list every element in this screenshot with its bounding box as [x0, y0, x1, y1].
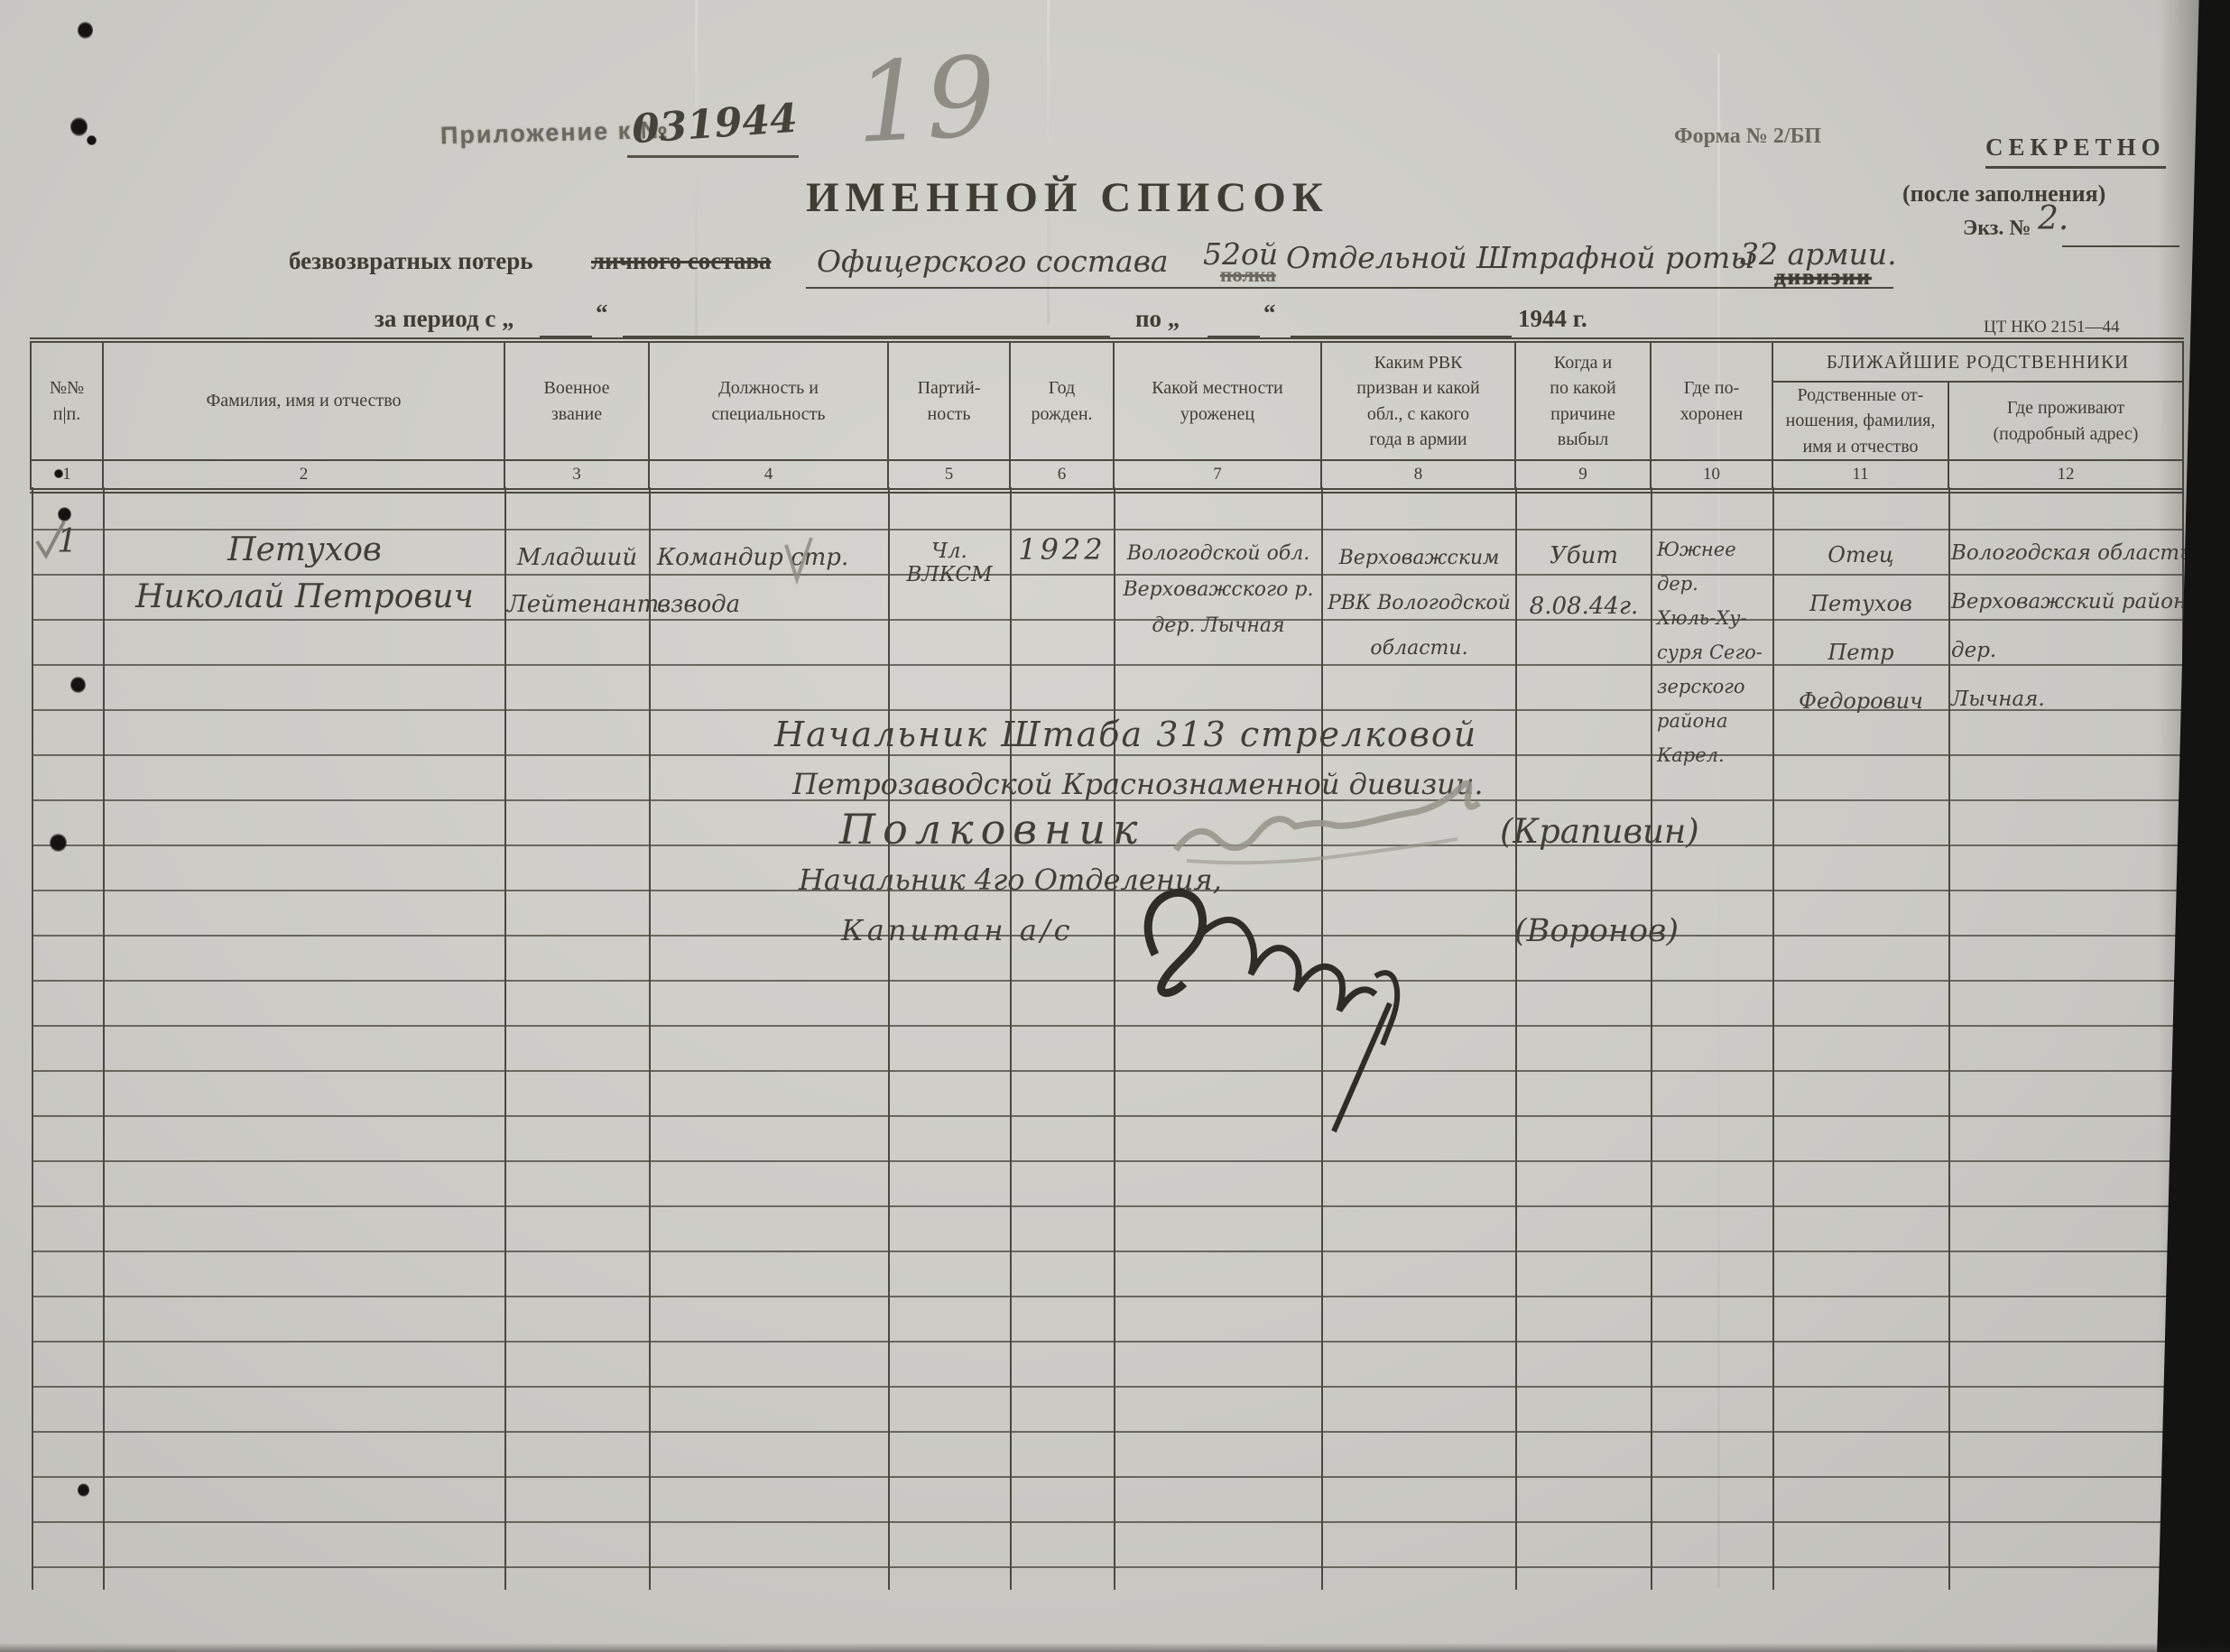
classification-label: СЕКРЕТНО [1985, 134, 2166, 169]
entry-casualty: Убит 8.08.44г. [1518, 531, 1650, 632]
col-header-7: Какой местности уроженец [1115, 375, 1320, 427]
col-number-6: 6 [1011, 465, 1113, 485]
paper-hole [50, 834, 67, 852]
col-header-6: Год рожден. [1011, 375, 1113, 427]
period-quote-2: “ [1263, 300, 1276, 328]
table-header: №№ п|п. Фамилия, имя и отчество Военное … [30, 337, 2184, 494]
col-header-5: Партий- ность [889, 375, 1009, 427]
entry-rank: Младший Лейтенант. [507, 534, 647, 628]
copy-number: 2. [2038, 200, 2068, 237]
signature-line-1: Начальник Штаба 313 стрелковой [774, 715, 1477, 754]
after-fill-note: (после заполнения) [1902, 180, 2105, 208]
column-border [1948, 487, 1950, 1590]
subtitle-printed: безвозвратных потерь [289, 247, 533, 275]
print-code: ЦТ НКО 2151—44 [1984, 318, 2119, 337]
column-border [649, 487, 651, 1590]
paper-hole [87, 135, 97, 145]
copy-label: Экз. № [1963, 217, 2031, 241]
col-number-11: 11 [1773, 465, 1948, 485]
col-number-2: 2 [104, 465, 504, 485]
entry-name: Петухов Николай Петрович [108, 527, 501, 621]
col-header-10: Где по- хоронен [1652, 375, 1772, 427]
signature-name-1: (Крапивин) [1500, 812, 1699, 851]
col-number-12: 12 [1949, 465, 2182, 485]
column-border [103, 487, 105, 1590]
period-prefix: за период с „ [375, 305, 514, 333]
scan-edge-bottom [0, 1643, 2230, 1652]
signature-rank-2: Капитан а/с [841, 913, 1074, 947]
col-header-11: Родственные от- ношения, фамилия, имя и … [1773, 383, 1948, 459]
col-number-10: 10 [1652, 465, 1772, 485]
paper-hole [70, 117, 88, 136]
col-header-8: Каким РВК призван и какой обл., с какого… [1322, 350, 1514, 453]
paper-hole [78, 1483, 89, 1497]
attachment-stamp-underline [627, 155, 799, 158]
ink-signature-scribble [1108, 868, 1469, 1139]
column-border [888, 487, 890, 1590]
column-border [32, 487, 33, 1590]
pencil-check-mark [781, 532, 817, 586]
entry-position: Командир стр. взвода [652, 534, 892, 628]
subtitle-struck-text: личного состава [591, 247, 771, 275]
form-number-label: Форма № 2/БП [1674, 125, 1821, 149]
pencil-check-mark [33, 518, 69, 563]
period-po: по „ [1135, 305, 1180, 333]
column-border [1651, 487, 1652, 1590]
col-number-9: 9 [1516, 465, 1650, 485]
subtitle-struck-division: дивизии [1774, 265, 1872, 291]
col-number-3: 3 [505, 465, 648, 485]
subtitle-handwritten-unit-3: Отдельной Штрафной роты [1286, 240, 1754, 275]
entry-drafted-by: Верховажским РВК Вологодской области. [1324, 536, 1514, 671]
attachment-stamp-number: 031944 [630, 96, 799, 153]
paper-hole [70, 677, 86, 693]
col-number-1: 1 [32, 465, 102, 485]
col-number-5: 5 [889, 465, 1009, 485]
relatives-group-header: БЛИЖАЙШИЕ РОДСТВЕННИКИ [1773, 351, 2182, 374]
entry-party: Чл. ВЛКСМ [890, 540, 1009, 586]
entry-burial-place: Южнее дер. Хюль-Ху- суря Сего- зерского … [1653, 532, 1775, 772]
col-header-4: Должность и специальность [650, 375, 887, 427]
col-header-9: Когда и по какой причине выбыл [1516, 350, 1650, 453]
subtitle-write-line [806, 287, 1893, 289]
document-page: Приложение к № 031944 19 Форма № 2/БП СЕ… [0, 0, 2230, 1652]
signature-rank-1: Полковник [839, 805, 1144, 854]
col-header-12: Где проживают (подробный адрес) [1949, 395, 2182, 447]
entry-birthplace: Вологодской обл. Верховажского р. дер. Л… [1116, 536, 1320, 644]
page-title: ИМЕННОЙ СПИСОК [806, 173, 1329, 222]
paper-hole [78, 22, 93, 39]
period-quote-1: “ [596, 300, 608, 328]
col-header-3: Военное звание [505, 375, 648, 427]
paper-crease [695, 0, 698, 336]
period-year: 1944 г. [1518, 305, 1587, 333]
column-border [1010, 487, 1012, 1590]
paper-hole [54, 469, 63, 478]
entry-relative: Отец Петухов Петр Федорович [1775, 531, 1947, 725]
subtitle-handwritten-unit-1: Офицерского состава [817, 244, 1169, 279]
col-number-4: 4 [650, 465, 887, 485]
entry-birth-year: 1922 [1012, 532, 1113, 567]
column-border [1515, 487, 1517, 1590]
subtitle-struck-polka: полка [1220, 263, 1276, 287]
pencil-page-number: 19 [852, 32, 998, 168]
signature-name-2: (Воронов) [1514, 913, 1679, 949]
paper-hole [58, 507, 71, 521]
col-number-7: 7 [1115, 465, 1320, 485]
col-header-1: №№ п|п. [32, 375, 102, 427]
col-number-8: 8 [1322, 465, 1514, 485]
column-border [504, 487, 506, 1590]
col-header-2: Фамилия, имя и отчество [104, 388, 504, 413]
